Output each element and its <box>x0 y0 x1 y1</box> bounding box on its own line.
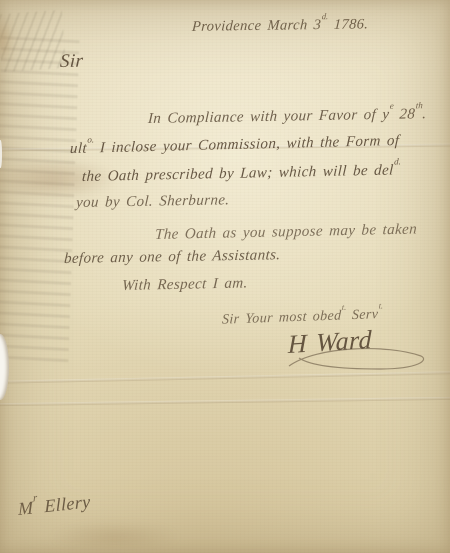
body-line-3: the Oath prescribed by Law; which will b… <box>82 161 401 185</box>
docket: Mr Ellery <box>18 492 91 518</box>
body-line-4: you by Col. Sherburne. <box>76 193 230 211</box>
closing: With Respect I am. <box>122 276 248 294</box>
body-line-1: In Compliance with your Favor of ye 28th… <box>148 105 427 127</box>
letter-text: Providence March 3d. 1786.SirIn Complian… <box>0 0 450 553</box>
signature-flourish <box>283 342 433 376</box>
dateline: Providence March 3d. 1786. <box>192 16 369 35</box>
body-line-5: The Oath as you suppose may be taken <box>155 223 418 244</box>
letter-scan: Providence March 3d. 1786.SirIn Complian… <box>0 0 450 553</box>
letter-paper: Providence March 3d. 1786.SirIn Complian… <box>0 0 450 553</box>
valediction: Sir Your most obedt. Servt. <box>222 306 383 327</box>
body-line-6: before any one of the Assistants. <box>64 248 281 267</box>
body-line-2: ulto. I inclose your Commission, with th… <box>70 132 400 157</box>
salutation: Sir <box>60 52 84 71</box>
